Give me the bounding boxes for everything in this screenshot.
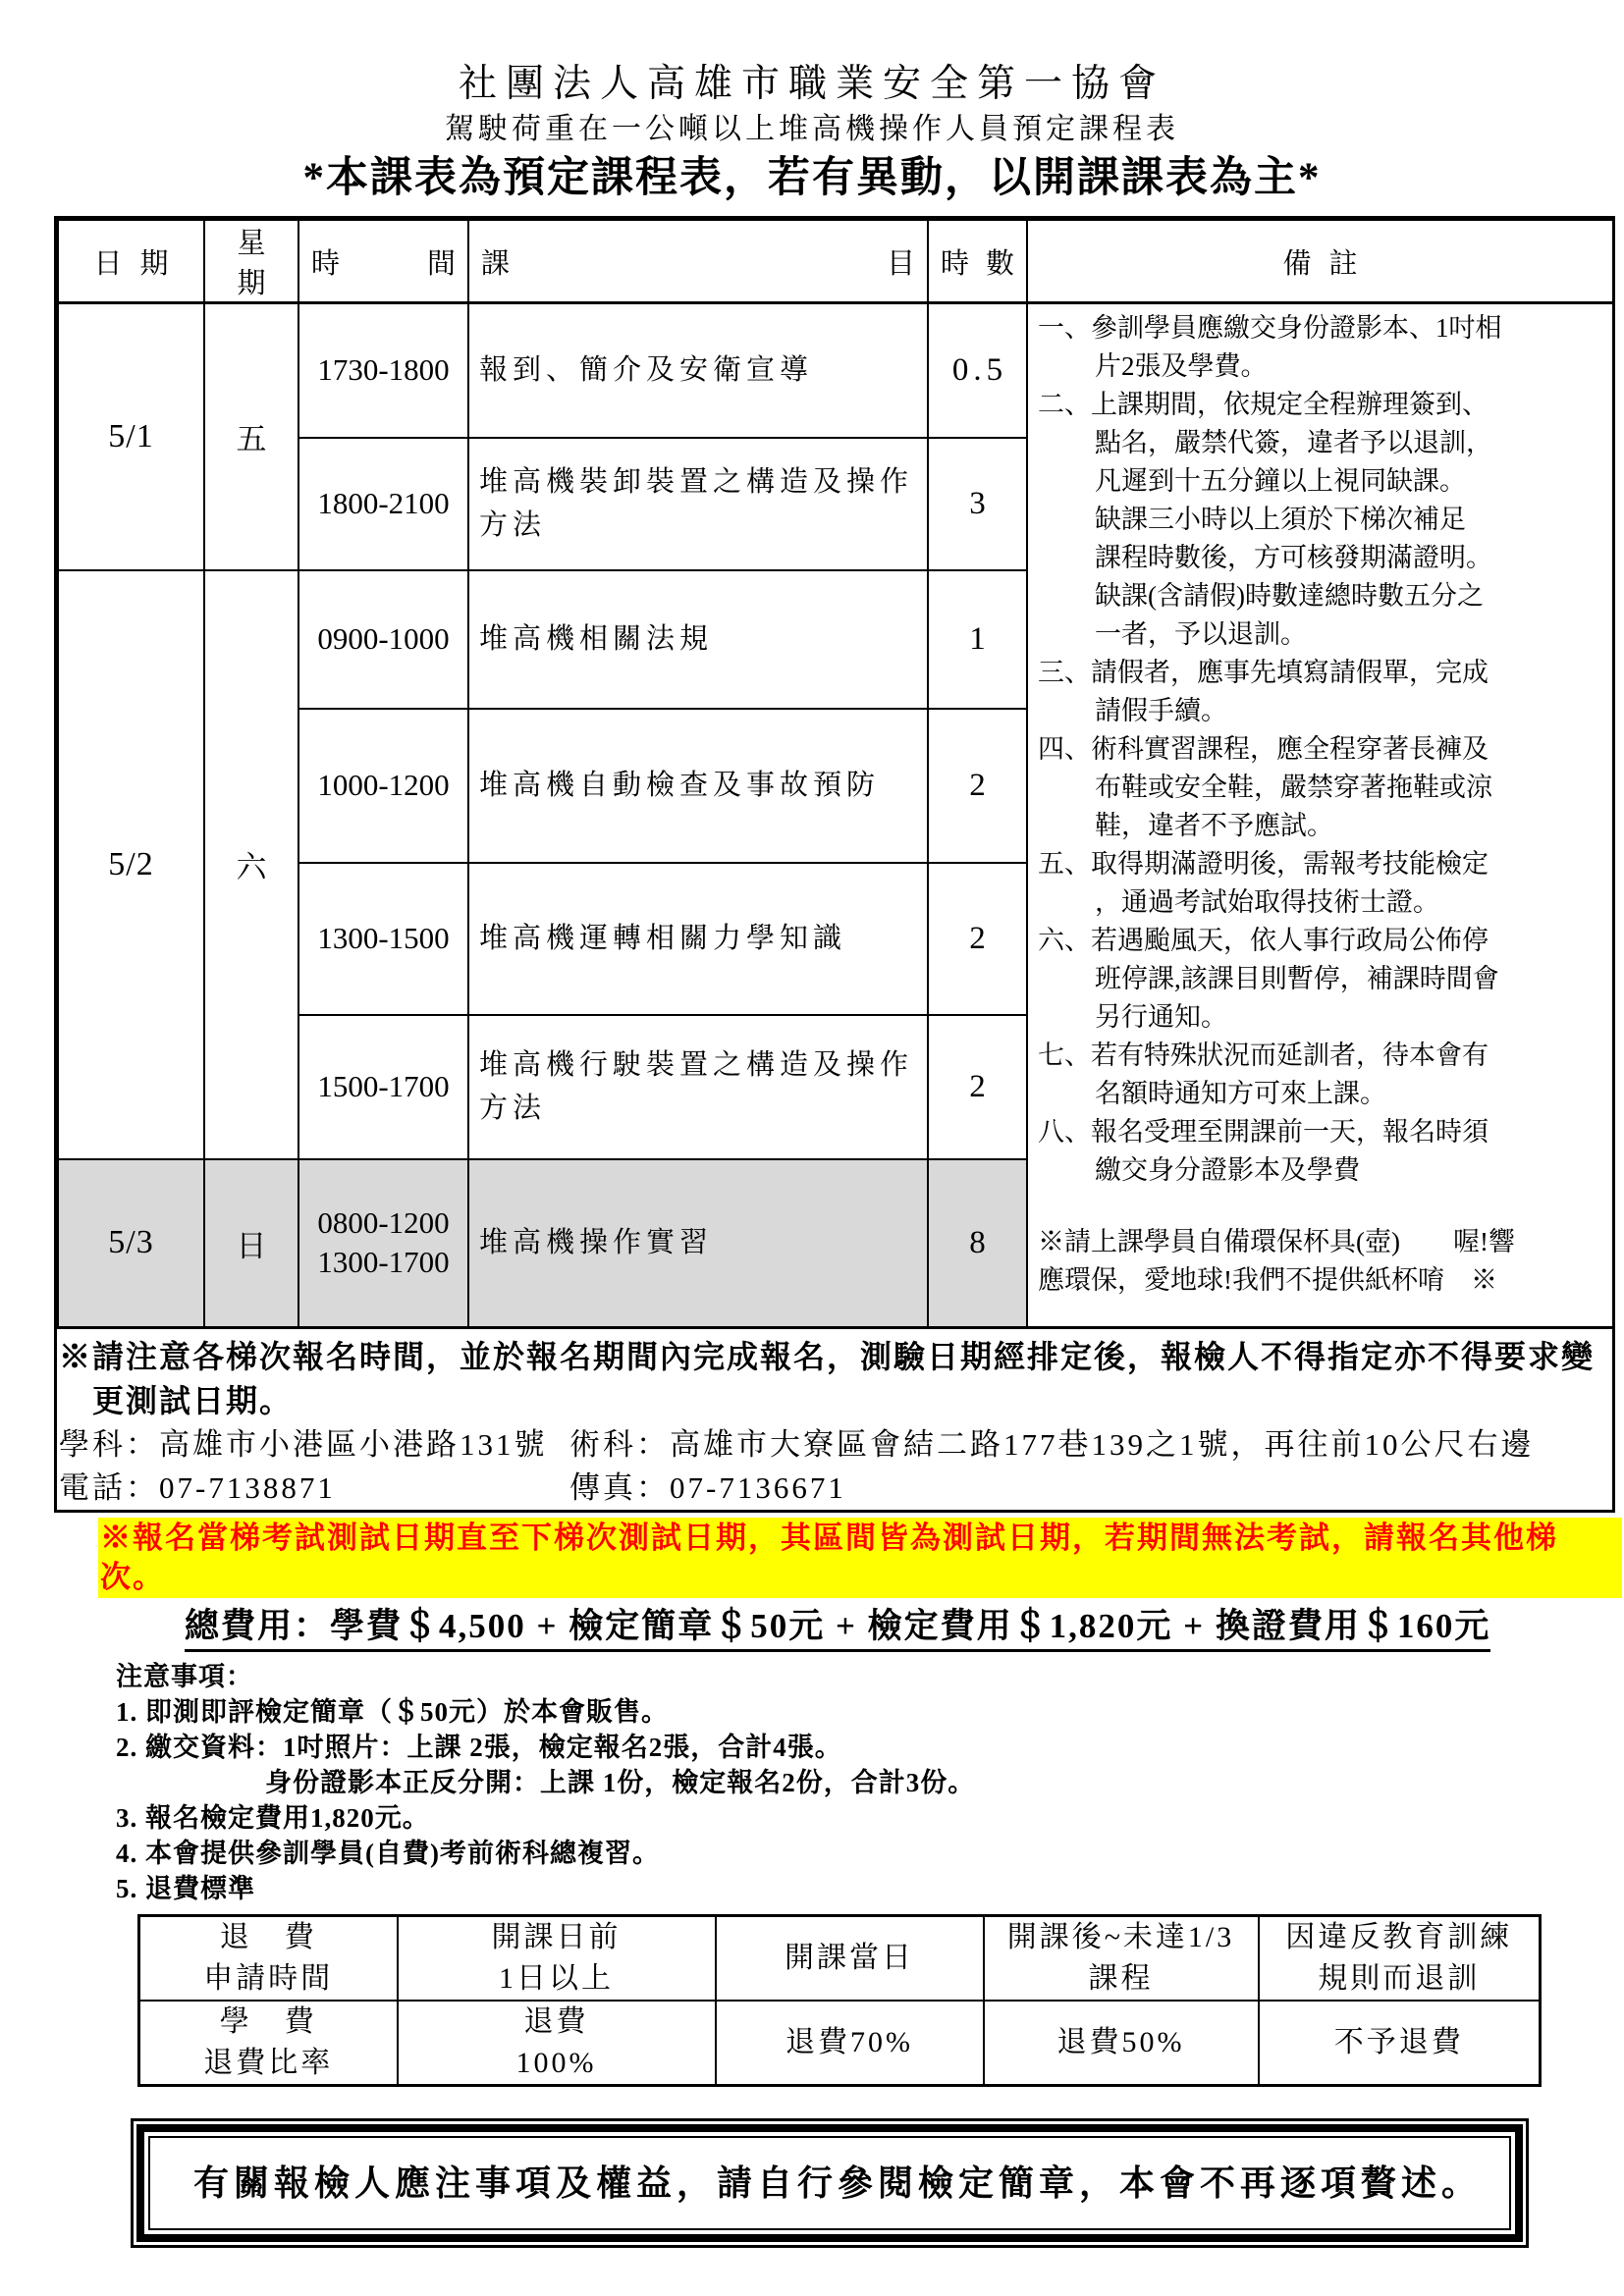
refund-value-cell: 退費50% [984,2001,1259,2086]
remark-item-2: 二、上課期間，依規定全程辦理簽到、 點名，嚴禁代簽，違者予以退訓， 凡遲到十五分… [1038,386,1606,654]
refund-header-cell: 退 費 申請時間 [139,1916,398,2002]
note-item-1: 1. 即測即評檢定簡章（＄50元）於本會販售。 [116,1695,1624,1730]
schedule-change-notice: *本課表為預定課程表，若有異動，以開課課表為主* [0,153,1624,204]
date-cell: 5/3 [58,1159,204,1328]
course-schedule-table: 日期 星期 時間 課目 時數 備註 5/1 五 1730-1800 報到、簡介及… [57,219,1614,1329]
total-fee-line: 總費用：學費＄4,500 + 檢定簡章＄50元 + 檢定費用＄1,820元 + … [185,1605,1624,1652]
subject-cell: 堆高機裝卸裝置之構造及操作方法 [468,438,928,570]
weekday-cell: 日 [204,1159,298,1328]
refund-value-cell: 退費70% [716,2001,984,2086]
academic-location: 學科：高雄市小港區小港路131號 [59,1423,569,1467]
note-item-2: 2. 繳交資料：1吋照片：上課 2張，檢定報名2張，合計4張。 [116,1731,1624,1765]
remark-item-6: 六、若遇颱風天，依人事行政局公佈停 班停課,該課目則暫停，補課時間會 另行通知。 [1038,922,1606,1037]
contact-row: 電話：07-7138871 傳真：07-7136671 [57,1467,1612,1510]
footer-notice-box: 有關報檢人應注事項及權益，請自行參閱檢定簡章，本會不再逐項贅述。 [131,2118,1529,2248]
note-item-3: 3. 報名檢定費用1,820元。 [116,1801,1624,1836]
organization-title: 社團法人高雄市職業安全第一協會 [0,61,1624,108]
remark-item-3: 三、請假者，應事先填寫請假單，完成 請假手續。 [1038,654,1606,730]
time-cell: 1800-2100 [298,438,468,570]
note-item-5: 5. 退費標準 [116,1872,1624,1906]
remark-item-4: 四、術科實習課程，應全程穿著長褲及 布鞋或安全鞋，嚴禁穿著拖鞋或涼 鞋，違者不予… [1038,730,1606,845]
col-header-date: 日期 [58,220,204,303]
practical-location: 術科：高雄市大寮區會結二路177巷139之1號，再往前10公尺右邊 [569,1423,1610,1467]
footer-notice-box-inner: 有關報檢人應注事項及權益，請自行參閱檢定簡章，本會不再逐項贅述。 [148,2136,1511,2230]
hours-cell: 8 [928,1159,1027,1328]
subject-cell: 堆高機運轉相關力學知識 [468,863,928,1015]
date-cell: 5/2 [58,570,204,1159]
fax-number: 傳真：07-7136671 [569,1467,1610,1510]
footer-notice-box-mid: 有關報檢人應注事項及權益，請自行參閱檢定簡章，本會不再逐項贅述。 [136,2124,1523,2242]
time-cell: 1500-1700 [298,1015,468,1159]
hours-cell: 2 [928,863,1027,1015]
refund-value-row: 學 費 退費比率 退費 100% 退費70% 退費50% 不予退費 [139,2001,1541,2086]
course-subtitle: 駕駛荷重在一公噸以上堆高機操作人員預定課程表 [0,110,1624,149]
note-item-2b: 身份證影本正反分開：上課 1份，檢定報名2份，合計3份。 [265,1766,1624,1800]
hours-cell: 0.5 [928,303,1027,438]
subject-cell: 報到、簡介及安衛宣導 [468,303,928,438]
time-cell: 0900-1000 [298,570,468,709]
schedule-header-row: 日期 星期 時間 課目 時數 備註 [58,220,1613,303]
remark-item-1: 一、參訓學員應繳交身份證影本、1吋相 片2張及學費。 [1038,309,1606,386]
note-item-4: 4. 本會提供參訓學員(自費)考前術科總複習。 [116,1837,1624,1871]
refund-value-cell: 不予退費 [1259,2001,1541,2086]
subject-cell: 堆高機行駛裝置之構造及操作方法 [468,1015,928,1159]
subject-cell: 堆高機自動檢查及事故預防 [468,709,928,863]
footer-notice-text: 有關報檢人應注事項及權益，請自行參閱檢定簡章，本會不再逐項贅述。 [193,2160,1482,2207]
col-header-remarks: 備註 [1027,220,1613,303]
subject-cell: 堆高機相關法規 [468,570,928,709]
document-header: 社團法人高雄市職業安全第一協會 駕駛荷重在一公噸以上堆高機操作人員預定課程表 *… [0,0,1624,204]
schedule-row: 5/1 五 1730-1800 報到、簡介及安衛宣導 0.5 一、參訓學員應繳交… [58,303,1613,438]
refund-header-cell: 因違反教育訓練 規則而退訓 [1259,1916,1541,2002]
remark-item-5: 五、取得期滿證明後，需報考技能檢定 ，通過考試始取得技術士證。 [1038,845,1606,922]
weekday-cell: 五 [204,303,298,570]
total-fee-text: 總費用：學費＄4,500 + 檢定簡章＄50元 + 檢定費用＄1,820元 + … [185,1605,1490,1652]
col-header-hours: 時數 [928,220,1027,303]
location-row: 學科：高雄市小港區小港路131號 術科：高雄市大寮區會結二路177巷139之1號… [57,1423,1612,1467]
col-header-weekday: 星期 [204,220,298,303]
notes-section: 注意事項： 1. 即測即評檢定簡章（＄50元）於本會販售。 2. 繳交資料：1吋… [116,1660,1624,1906]
registration-deadline-note: ※請注意各梯次報名時間，並於報名期間內完成報名，測驗日期經排定後，報檢人不得指定… [57,1329,1612,1423]
schedule-outer-box: 日期 星期 時間 課目 時數 備註 5/1 五 1730-1800 報到、簡介及… [54,216,1615,1513]
remarks-cell: 一、參訓學員應繳交身份證影本、1吋相 片2張及學費。 二、上課期間，依規定全程辦… [1027,303,1613,1328]
refund-value-cell: 退費 100% [398,2001,716,2086]
hours-cell: 3 [928,438,1027,570]
time-cell: 0800-1200 1300-1700 [298,1159,468,1328]
hours-cell: 1 [928,570,1027,709]
col-header-time: 時間 [298,220,468,303]
col-header-subject: 課目 [468,220,928,303]
refund-header-row: 退 費 申請時間 開課日前 1日以上 開課當日 開課後~未達1/3 課程 因違反… [139,1916,1541,2002]
refund-value-cell: 學 費 退費比率 [139,2001,398,2086]
refund-header-cell: 開課當日 [716,1916,984,2002]
time-cell: 1000-1200 [298,709,468,863]
hours-cell: 2 [928,1015,1027,1159]
date-cell: 5/1 [58,303,204,570]
hours-cell: 2 [928,709,1027,863]
subject-cell: 堆高機操作實習 [468,1159,928,1328]
refund-header-cell: 開課日前 1日以上 [398,1916,716,2002]
refund-header-cell: 開課後~未達1/3 課程 [984,1916,1259,2002]
time-cell: 1300-1500 [298,863,468,1015]
eco-cup-note: ※請上課學員自備環保杯具(壺) 喔!響 應環保，愛地球!我們不提供紙杯唷 ※ [1038,1223,1606,1300]
time-cell: 1730-1800 [298,303,468,438]
remark-item-7: 七、若有特殊狀況而延訓者，待本會有 名額時通知方可來上課。 [1038,1037,1606,1113]
weekday-cell: 六 [204,570,298,1159]
refund-table: 退 費 申請時間 開課日前 1日以上 開課當日 開課後~未達1/3 課程 因違反… [137,1914,1542,2087]
notes-title: 注意事項： [116,1660,1624,1694]
course-schedule-document: 社團法人高雄市職業安全第一協會 駕駛荷重在一公噸以上堆高機操作人員預定課程表 *… [0,0,1624,2296]
exam-period-warning: ※報名當梯考試測試日期直至下梯次測試日期，其區間皆為測試日期，若期間無法考試，請… [98,1518,1622,1598]
remark-item-8: 八、報名受理至開課前一天，報名時須 繳交身分證影本及學費 [1038,1113,1606,1190]
phone-number: 電話：07-7138871 [59,1467,569,1510]
